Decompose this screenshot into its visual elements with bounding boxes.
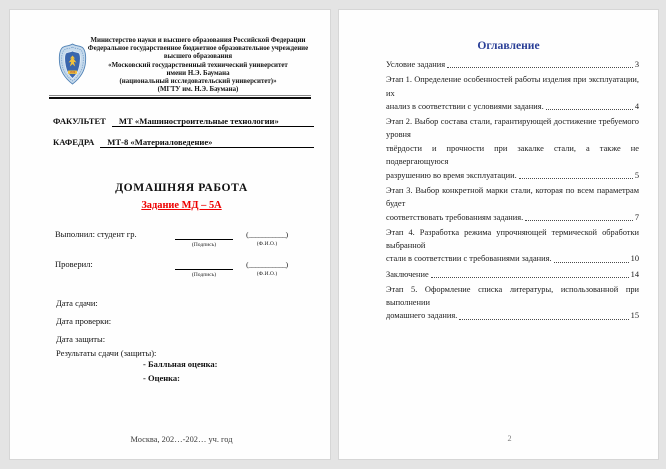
faculty-row: ФАКУЛЬТЕТ МТ «Машиностроительные техноло… [53,116,314,127]
department-label: КАФЕДРА [53,137,94,147]
dot-leader [519,178,633,179]
toc-page: Оглавление Условие задания 3 Этап 1. Опр… [338,9,659,460]
dot-leader [447,67,633,68]
toc-entry-text[interactable]: соответствовать требованиям задания. [386,211,523,224]
toc-entry[interactable]: Условие задания 3 [386,58,639,71]
toc-entry[interactable]: Этап 5. Оформление списка литературы, ис… [386,283,639,323]
results-label: Результаты сдачи (защиты): [56,348,156,358]
assignment-title: Задание МД – 5А [53,200,310,211]
name-line: (___________) [239,259,295,269]
checked-by-label: Проверил: [55,259,175,269]
dot-leader [554,262,629,263]
department-value: МТ-8 «Материаловедение» [100,137,314,148]
toc-entry[interactable]: Этап 3. Выбор конкретной марки стали, ко… [386,184,639,224]
dot-leader [459,319,628,320]
name-caption: (Ф.И.О.) [239,271,295,277]
toc-page-number: 14 [631,268,639,281]
title-page: 1830 Министерство науки и высшего образо… [9,9,331,460]
performed-by-row: Выполнил: студент гр. (Подпись) (_______… [55,229,310,248]
dot-leader [431,277,629,278]
signature-line [175,229,233,240]
toc-title: Оглавление [379,39,638,52]
name-slot: (___________) (Ф.И.О.) [239,229,295,247]
toc-page-number: 10 [631,252,639,265]
dot-leader [546,109,633,110]
toc-entry-text[interactable]: анализ в соответствии с условиями задани… [386,100,544,113]
toc-entry-text[interactable]: Заключение [386,268,429,281]
header-line: высшего образования [76,53,320,61]
toc-entry-text[interactable]: Этап 2. Выбор состава стали, гарантирующ… [386,115,639,142]
toc-entry-text[interactable]: Условие задания [386,58,445,71]
name-line: (___________) [239,229,295,239]
toc-entry[interactable]: Этап 1. Определение особенностей работы … [386,73,639,113]
svg-text:1830: 1830 [70,71,76,74]
page-number: 2 [339,434,658,443]
signature-slot: (Подпись) [175,259,233,278]
toc-list: Условие задания 3 Этап 1. Определение ос… [386,58,639,325]
toc-entry-text[interactable]: Этап 5. Оформление списка литературы, ис… [386,283,639,310]
header-line: имени Н.Э. Баумана [76,70,320,78]
toc-page-number: 4 [635,100,639,113]
date-submission-label: Дата сдачи: [56,298,98,308]
toc-entry-text[interactable]: Этап 4. Разработка режима упрочняющей те… [386,226,639,253]
performed-by-label: Выполнил: студент гр. [55,229,175,239]
toc-entry[interactable]: Заключение 14 [386,268,639,281]
toc-entry-text[interactable]: домашнего задания. [386,309,457,322]
toc-entry-text[interactable]: твёрдости и прочности при закалке стали,… [386,142,639,169]
toc-entry[interactable]: Этап 4. Разработка режима упрочняющей те… [386,226,639,266]
toc-entry-text[interactable]: разрушению во время эксплуатации. [386,169,517,182]
date-defense-label: Дата защиты: [56,334,105,344]
toc-page-number: 15 [631,309,639,322]
dot-leader [525,220,633,221]
faculty-value: МТ «Машиностроительные технологии» [112,116,314,127]
toc-page-number: 7 [635,211,639,224]
toc-entry-text[interactable]: Этап 3. Выбор конкретной марки стали, ко… [386,184,639,211]
signature-line [175,259,233,270]
header-line: Министерство науки и высшего образования… [76,37,320,45]
grade-label: - Оценка: [143,373,180,383]
department-row: КАФЕДРА МТ-8 «Материаловедение» [53,137,314,148]
checked-by-row: Проверил: (Подпись) (___________) (Ф.И.О… [55,259,310,278]
signature-slot: (Подпись) [175,229,233,248]
header-line: Федеральное государственное бюджетное об… [76,45,320,53]
toc-entry[interactable]: Этап 2. Выбор состава стали, гарантирующ… [386,115,639,182]
signature-caption: (Подпись) [175,242,233,248]
date-review-label: Дата проверки: [56,316,111,326]
city-year-footer: Москва, 202…-202… уч. год [53,435,310,444]
header-line: «Московский государственный технический … [76,62,320,70]
score-label: - Балльная оценка: [143,359,217,369]
toc-entry-text[interactable]: стали в соответствии с требованиями зада… [386,252,552,265]
header-divider [49,95,311,99]
document-title: ДОМАШНЯЯ РАБОТА [53,181,310,194]
signature-caption: (Подпись) [175,272,233,278]
header-line: (МГТУ им. Н.Э. Баумана) [76,86,320,94]
name-slot: (___________) (Ф.И.О.) [239,259,295,277]
toc-page-number: 5 [635,169,639,182]
header-line: (национальный исследовательский универси… [76,78,320,86]
toc-page-number: 3 [635,58,639,71]
ministry-header: Министерство науки и высшего образования… [76,37,320,94]
name-caption: (Ф.И.О.) [239,241,295,247]
faculty-label: ФАКУЛЬТЕТ [53,116,106,126]
toc-entry-text[interactable]: Этап 1. Определение особенностей работы … [386,73,639,100]
